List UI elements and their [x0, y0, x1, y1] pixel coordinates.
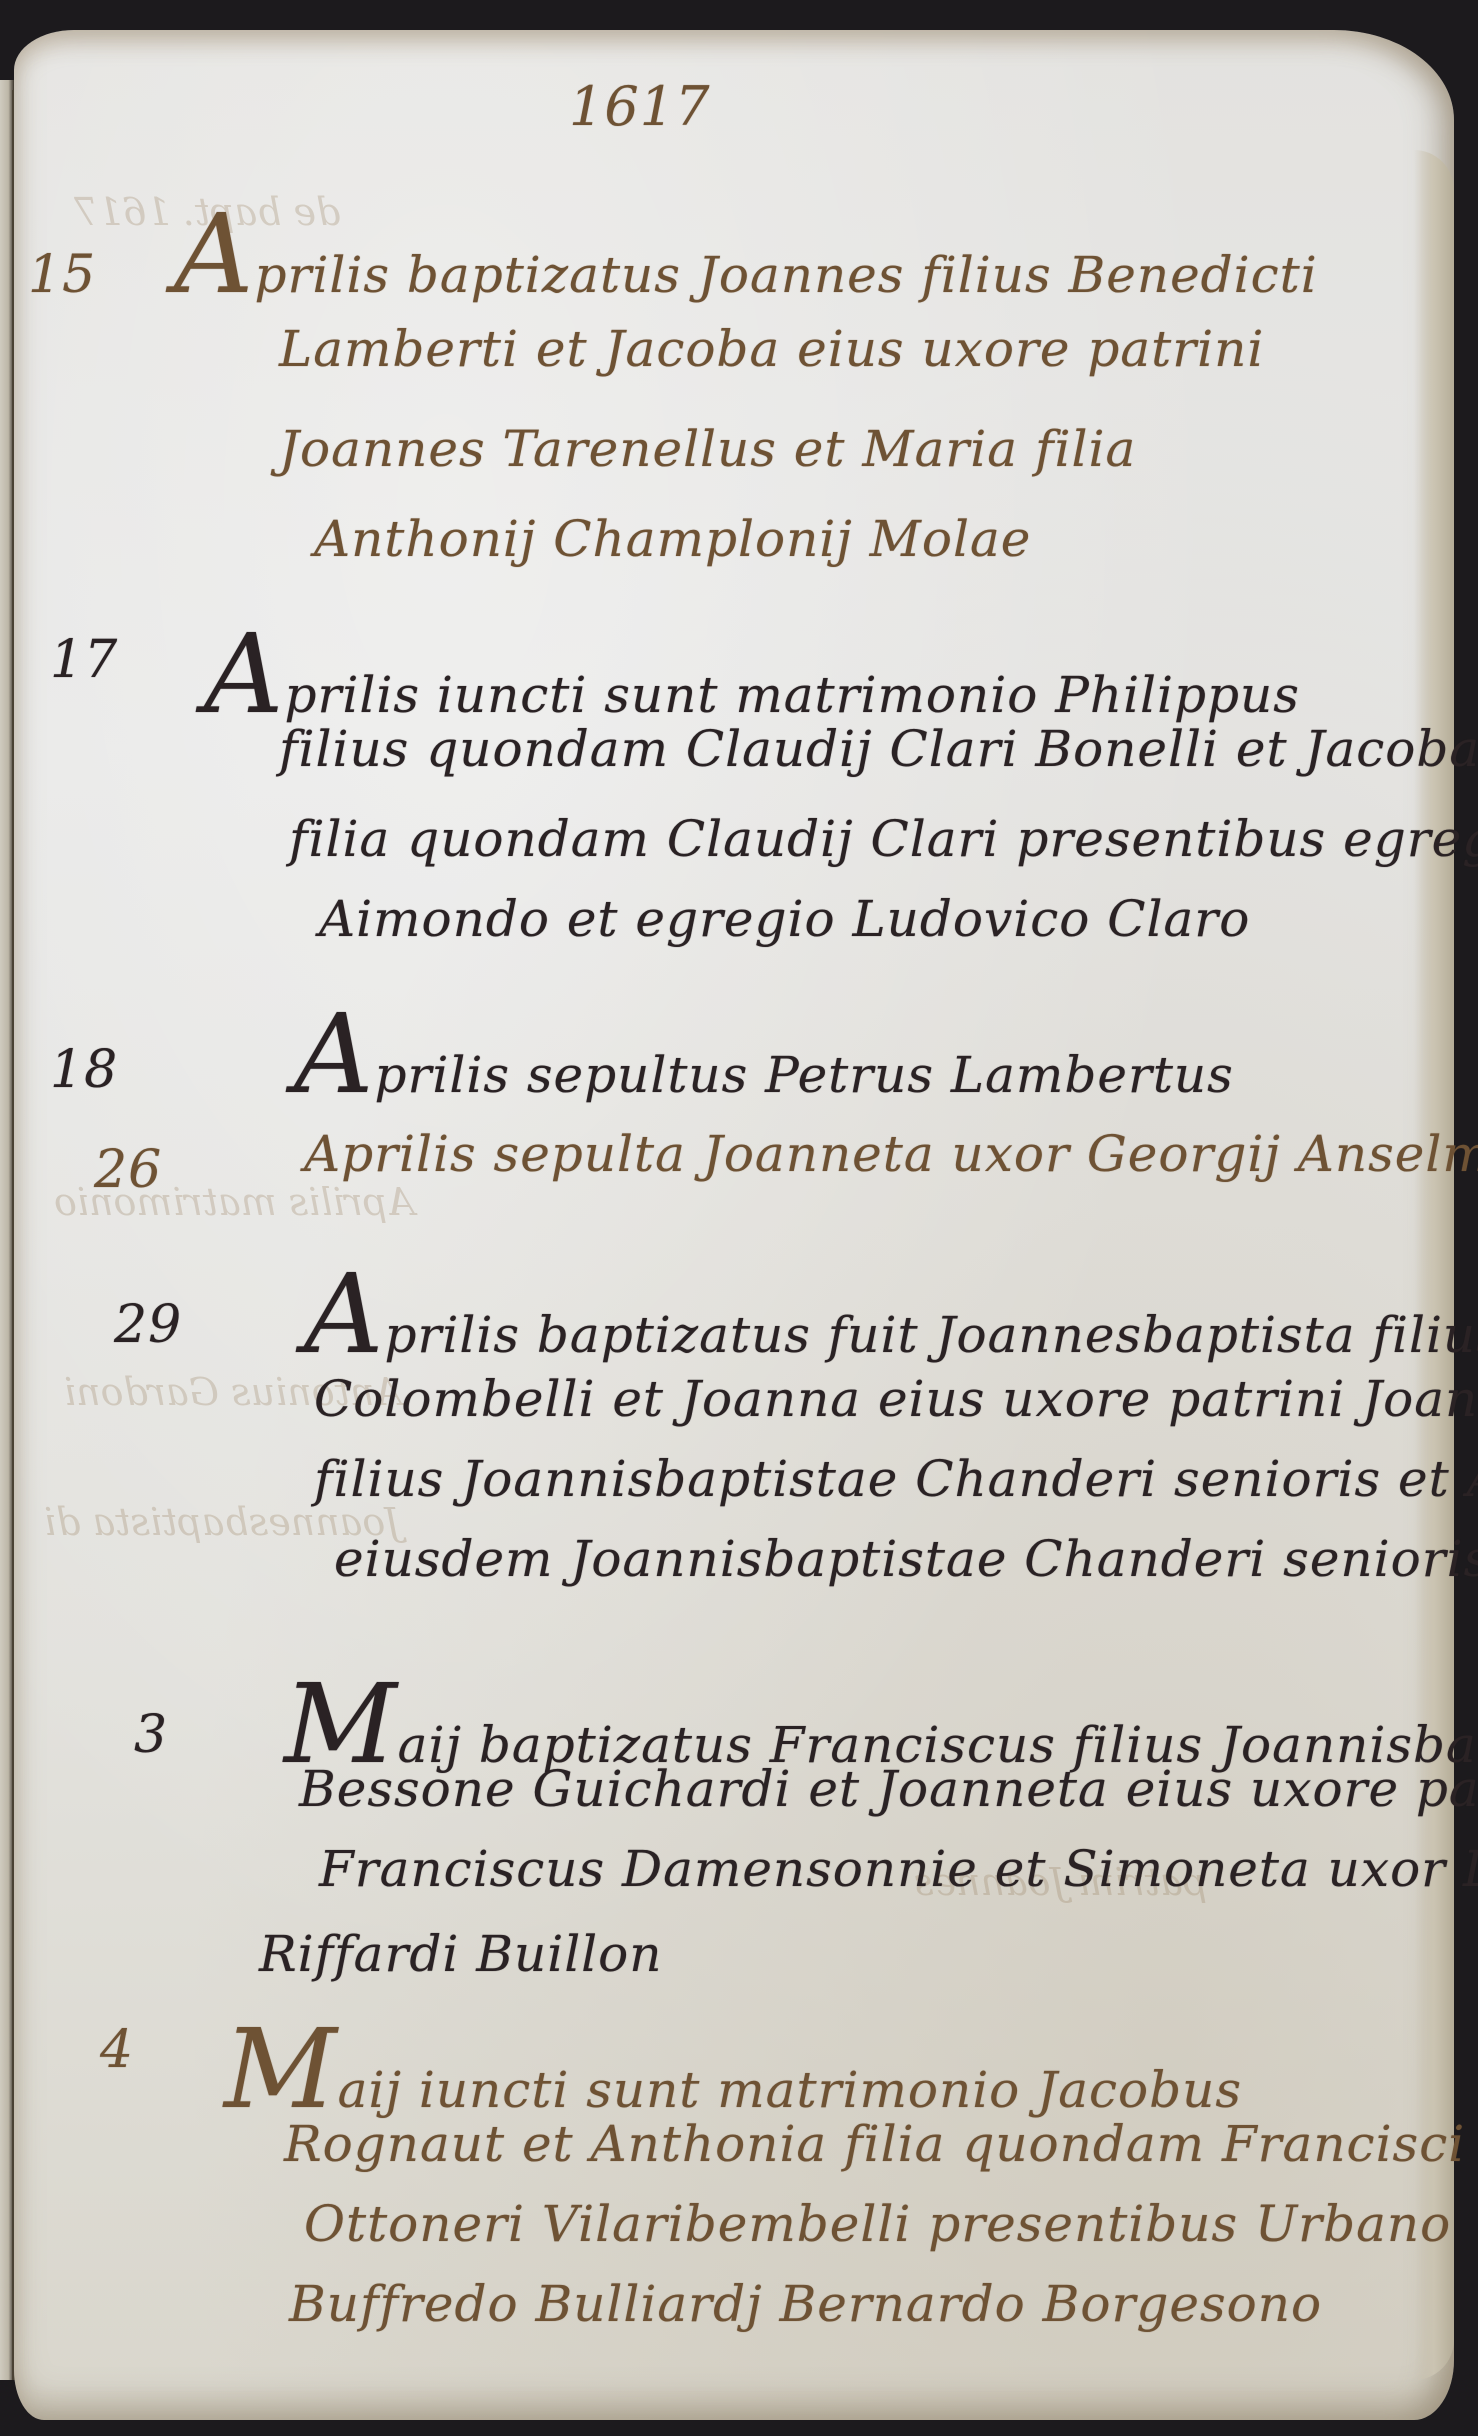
entry-line: Aprilis sepultus Petrus Lambertus [294, 990, 1234, 1118]
entry-date: 3 [134, 1705, 168, 1765]
entry-line: Ottoneri Vilaribembelli presentibus Urba… [304, 2195, 1451, 2253]
entry-date: 17 [50, 630, 118, 690]
entry-line: Aprilis sepulta Joanneta uxor Georgij An… [304, 1125, 1478, 1183]
entry-line: Buffredo Bulliardj Bernardo Borgesono [289, 2275, 1322, 2333]
entry-line: Aprilis baptizatus fuit Joannesbaptista … [304, 1250, 1478, 1378]
entry-line: eiusdem Joannisbaptistae Chanderi senior… [334, 1530, 1478, 1588]
entry-line: Anthonij Champlonij Molae [314, 510, 1031, 568]
manuscript-scan: de bapt. 1617 Aprilis matrimonio Antoniu… [0, 0, 1478, 2436]
year-heading: 1617 [569, 75, 710, 138]
entry-line: Bessone Guichardi et Joanneta eius uxore… [299, 1760, 1478, 1818]
entry-line: Aprilis baptizatus Joannes filius Benedi… [174, 190, 1318, 318]
entry-line: Riffardi Buillon [259, 1925, 662, 1983]
entry-line: Rognaut et Anthonia filia quondam Franci… [284, 2115, 1465, 2173]
entry-date: 26 [94, 1140, 162, 1200]
entry-line: filius Joannisbaptistae Chanderi seniori… [314, 1450, 1478, 1508]
entry-line: Aprilis iuncti sunt matrimonio Philippus [204, 610, 1300, 738]
entry-line: Colombelli et Joanna eius uxore patrini … [314, 1370, 1478, 1428]
entry-line: filius quondam Claudij Clari Bonelli et … [279, 720, 1478, 778]
entry-date: 29 [114, 1295, 182, 1355]
entry-date: 4 [100, 2020, 134, 2080]
entry-date: 18 [50, 1040, 118, 1100]
entry-line: Joannes Tarenellus et Maria filia [279, 420, 1136, 478]
manuscript-page: de bapt. 1617 Aprilis matrimonio Antoniu… [14, 30, 1454, 2420]
entry-line: Franciscus Damensonnie et Simoneta uxor … [319, 1840, 1478, 1898]
entry-line: Lamberti et Jacoba eius uxore patrini [279, 320, 1264, 378]
entry-line: Aimondo et egregio Ludovico Claro [319, 890, 1250, 948]
entry-date: 15 [28, 245, 96, 305]
entry-line: filia quondam Claudij Clari presentibus … [289, 810, 1478, 868]
entry-line: Maij iuncti sunt matrimonio Jacobus [224, 2005, 1242, 2133]
